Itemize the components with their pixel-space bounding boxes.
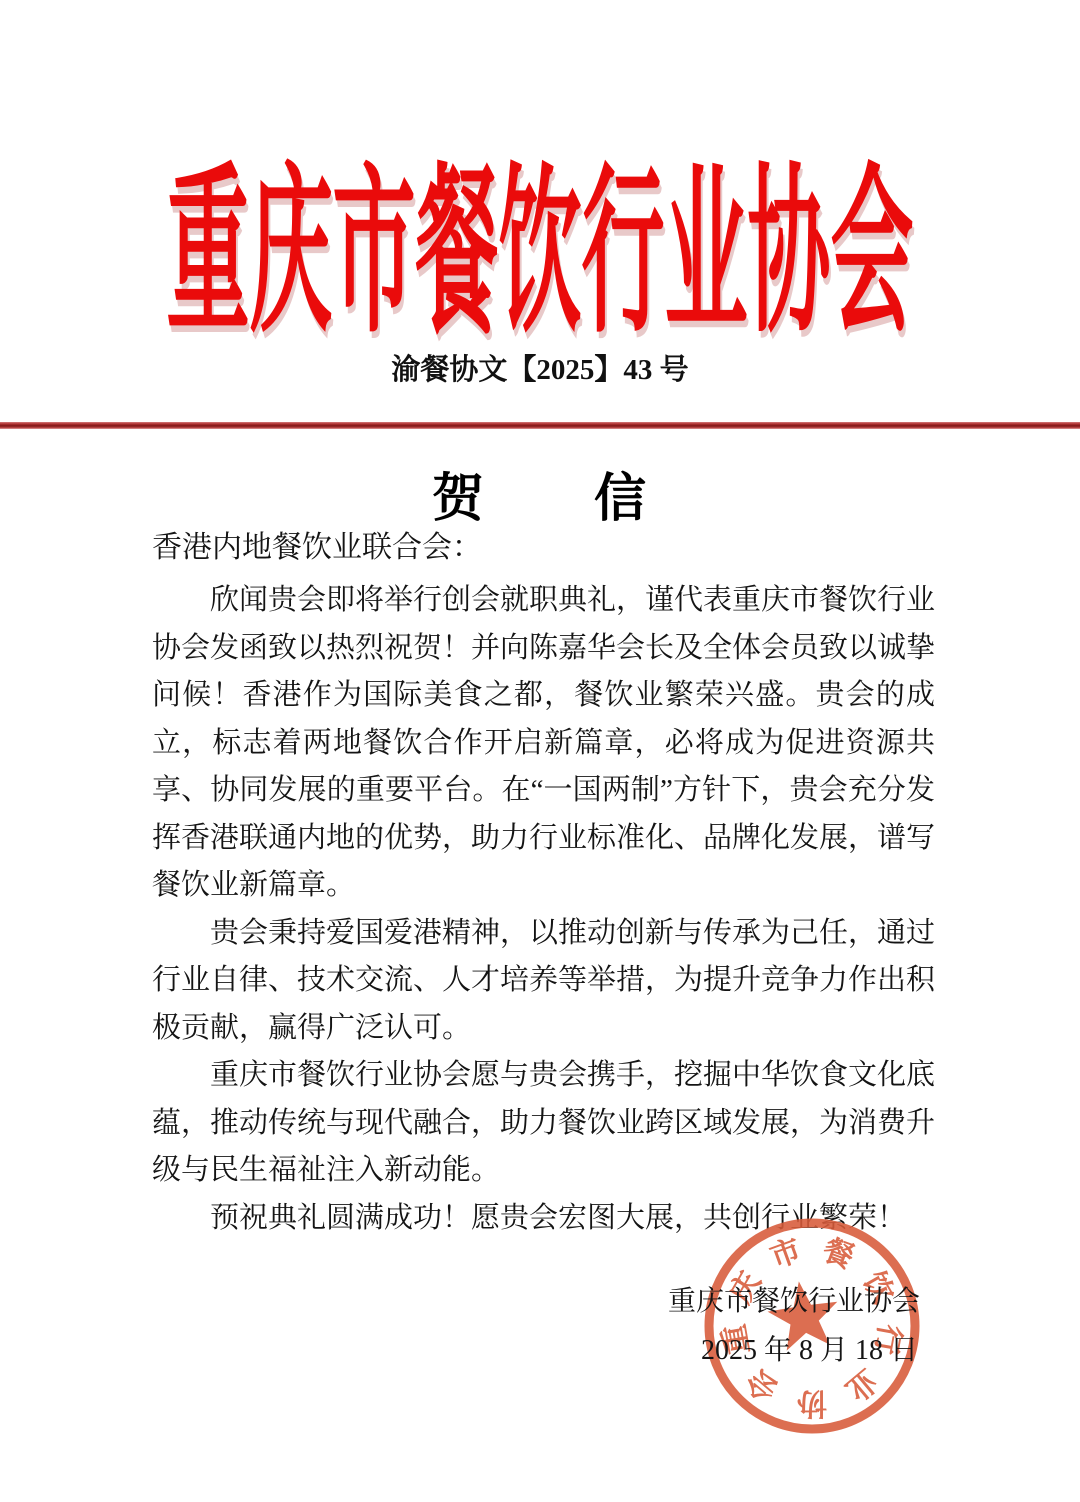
paragraph-2: 贵会秉持爱国爱港精神，以推动创新与传承为己任，通过行业自律、技术交流、人才培养等… bbox=[152, 910, 935, 1053]
salutation: 香港内地餐饮业联合会： bbox=[152, 528, 482, 568]
seal-char: 市 bbox=[763, 1225, 806, 1277]
org-name-banner: 重庆市餐饮行业协会 bbox=[167, 105, 914, 367]
paragraph-3: 重庆市餐饮行业协会愿与贵会携手，挖掘中华饮食文化底蕴，推动传统与现代融合，助力餐… bbox=[152, 1052, 935, 1195]
letterhead-divider bbox=[0, 422, 1080, 429]
seal-char: 会 bbox=[735, 1361, 786, 1414]
signature-block: 重庆市餐饮行业协会 2025 年 8 月 18 日 bbox=[668, 1286, 920, 1367]
letter-body: 欣闻贵会即将举行创会就职典礼，谨代表重庆市餐饮行业协会发函致以热烈祝贺！并向陈嘉… bbox=[152, 577, 935, 1242]
letter-title: 贺 信 bbox=[0, 456, 1080, 531]
signature-date: 2025 年 8 月 18 日 bbox=[668, 1335, 920, 1367]
signature-org: 重庆市餐饮行业协会 bbox=[668, 1286, 920, 1318]
letterhead-title: 重庆市餐饮行业协会 bbox=[0, 138, 1080, 334]
doc-number: 渝餐协文【2025】43 号 bbox=[0, 350, 1080, 390]
paragraph-1: 欣闻贵会即将举行创会就职典礼，谨代表重庆市餐饮行业协会发函致以热烈祝贺！并向陈嘉… bbox=[152, 577, 935, 910]
seal-char: 业 bbox=[838, 1361, 889, 1414]
seal-char: 餐 bbox=[818, 1225, 861, 1277]
letter-page: 重庆市餐饮行业协会 渝餐协文【2025】43 号 贺 信 香港内地餐饮业联合会：… bbox=[0, 0, 1080, 1502]
seal-char: 协 bbox=[797, 1384, 827, 1428]
